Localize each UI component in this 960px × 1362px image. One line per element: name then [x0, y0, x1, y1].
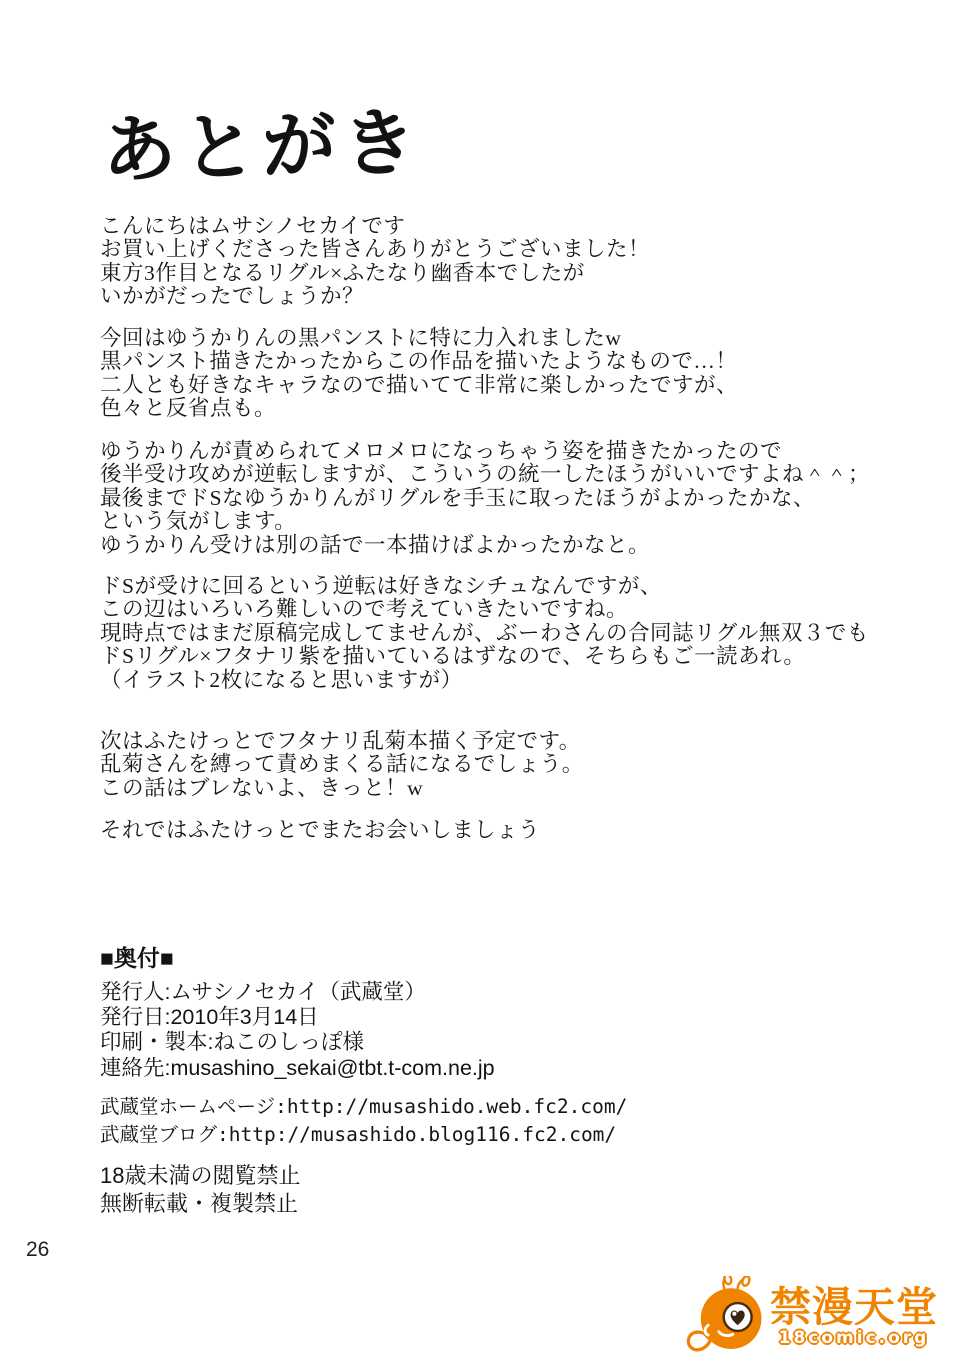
afterword-paragraph-next-work: 次はふたけっとでフタナリ乱菊本描く予定です。 乱菊さんを縛って責めまくる話になる… [100, 730, 584, 800]
colophon-notices: 18歳未満の閲覧禁止 無断転載・複製禁止 [100, 1162, 300, 1217]
afterword-paragraph-anthology: ドSが受けに回るという逆転は好きなシチュなんですが、 この辺はいろいろ難しいので… [100, 575, 869, 692]
afterword-paragraph-greeting: こんにちはムサシノセカイです お買い上げくださった皆さんありがとうございました！… [100, 215, 650, 309]
page-number: 26 [26, 1238, 49, 1262]
mascot-whale-icon [686, 1276, 768, 1358]
colophon-heading: ■奥付■ [100, 940, 174, 973]
colophon-urls: 武蔵堂ホームページ:http://musashido.web.fc2.com/ … [100, 1093, 627, 1148]
watermark-site-domain: 18comic.org [770, 1328, 938, 1348]
watermark-logo: 禁漫天堂 18comic.org [686, 1276, 952, 1358]
afterword-page: あとがき こんにちはムサシノセカイです お買い上げくださった皆さんありがとうござ… [0, 0, 960, 1362]
page-title: あとがき [101, 84, 424, 198]
colophon-publisher-info: 発行人:ムサシノセカイ（武蔵堂） 発行日:2010年3月14日 印刷・製本:ねこ… [100, 980, 495, 1081]
afterword-paragraph-farewell: それではふたけっとでまたお会いしましょう [100, 819, 540, 842]
afterword-paragraph-reversal: ゆうかりんが責められてメロメロになっちゃう姿を描きたかったので 後半受け攻めが逆… [100, 440, 870, 557]
afterword-paragraph-pantyhose: 今回はゆうかりんの黒パンストに特に力入れましたw 黒パンスト描きたかったからこの… [100, 327, 738, 421]
watermark-site-name: 禁漫天堂 [770, 1287, 938, 1327]
